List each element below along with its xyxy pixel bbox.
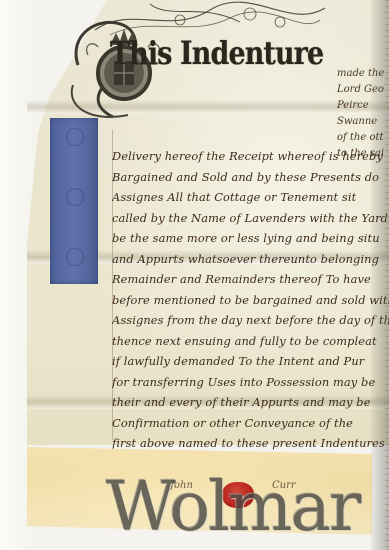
body-line: and Appurts whatsoever thereunto belongi…	[112, 249, 389, 270]
embossed-stamp-icon	[66, 128, 84, 146]
body-line: their and every of their Appurts and may…	[112, 392, 389, 413]
embossed-stamp-icon	[66, 248, 84, 266]
body-line: be the same more or less lying and being…	[112, 228, 389, 249]
body-line: Assignes All that Cottage or Tenement si…	[112, 187, 389, 208]
document-heading: This Indenture	[110, 34, 323, 72]
body-line: Assignes from the day next before the da…	[112, 310, 389, 331]
embossed-stamp-icon	[66, 188, 84, 206]
body-line: Delivery hereof the Receipt whereof is h…	[112, 146, 389, 167]
body-line: for transferring Uses into Possession ma…	[112, 372, 389, 393]
watermark: Wolmar	[106, 468, 360, 547]
body-line: before mentioned to be bargained and sol…	[112, 290, 389, 311]
blue-ribbon	[50, 118, 98, 284]
body-line: called by the Name of Lavenders with the…	[112, 208, 389, 229]
body-line: Remainder and Remainders thereof To have	[112, 269, 389, 290]
body-line: thence next ensuing and fully to be comp…	[112, 331, 389, 352]
body-line: if lawfully demanded To the Intent and P…	[112, 351, 389, 372]
indenture-body: Delivery hereof the Receipt whereof is h…	[112, 146, 389, 454]
body-line: Confirmation or other Conveyance of the	[112, 413, 389, 434]
body-line: Bargained and Sold and by these Presents…	[112, 167, 389, 188]
ruler	[385, 0, 389, 550]
